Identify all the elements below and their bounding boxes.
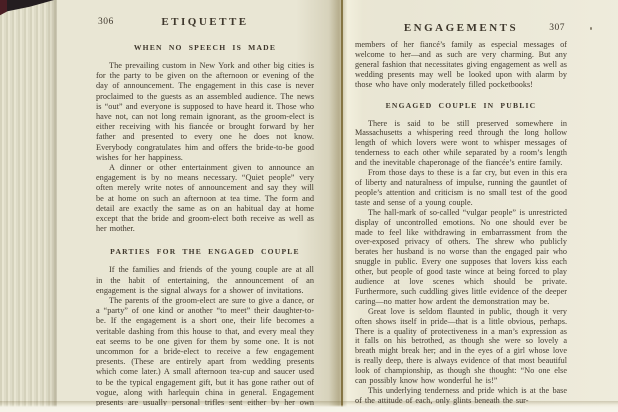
left-running-head: 306 ETIQUETTE [96,16,314,30]
body-paragraph-continuation: members of her fiancé’s family as especi… [355,40,567,90]
left-running-title: ETIQUETTE [96,16,314,28]
print-speck [590,27,592,30]
body-paragraph: From those days to these is a far cry, b… [355,168,567,208]
body-paragraph: If the families and friends of the young… [96,265,314,296]
fore-edge-pages [0,0,57,412]
left-page: 306 ETIQUETTE WHEN NO SPEECH IS MADE The… [96,16,314,406]
right-page-number: 307 [549,23,565,33]
left-page-number: 306 [98,17,114,27]
body-paragraph: Great love is seldom flaunted in public,… [355,307,567,386]
book-scan: 306 ETIQUETTE WHEN NO SPEECH IS MADE The… [0,0,618,412]
right-running-head: ENGAGEMENTS 307 [355,22,567,36]
body-paragraph: A dinner or other entertainment given to… [96,163,314,234]
body-paragraph: The parents of the groom-elect are sure … [96,296,314,406]
section-heading-no-speech: WHEN NO SPEECH IS MADE [96,43,314,52]
spine-line [341,0,343,412]
body-paragraph: This underlying tenderness and pride whi… [355,386,567,406]
section-heading-parties: PARTIES FOR THE ENGAGED COUPLE [96,247,314,256]
right-running-title: ENGAGEMENTS [355,22,567,34]
body-paragraph: There is said to be still preserved some… [355,119,567,169]
body-paragraph: The hall-mark of so-called “vulgar peopl… [355,208,567,307]
section-heading-engaged-couple: ENGAGED COUPLE IN PUBLIC [355,101,567,110]
body-paragraph: The prevailing custom in New York and ot… [96,61,314,163]
right-page: ENGAGEMENTS 307 members of her fiancé’s … [355,22,567,408]
